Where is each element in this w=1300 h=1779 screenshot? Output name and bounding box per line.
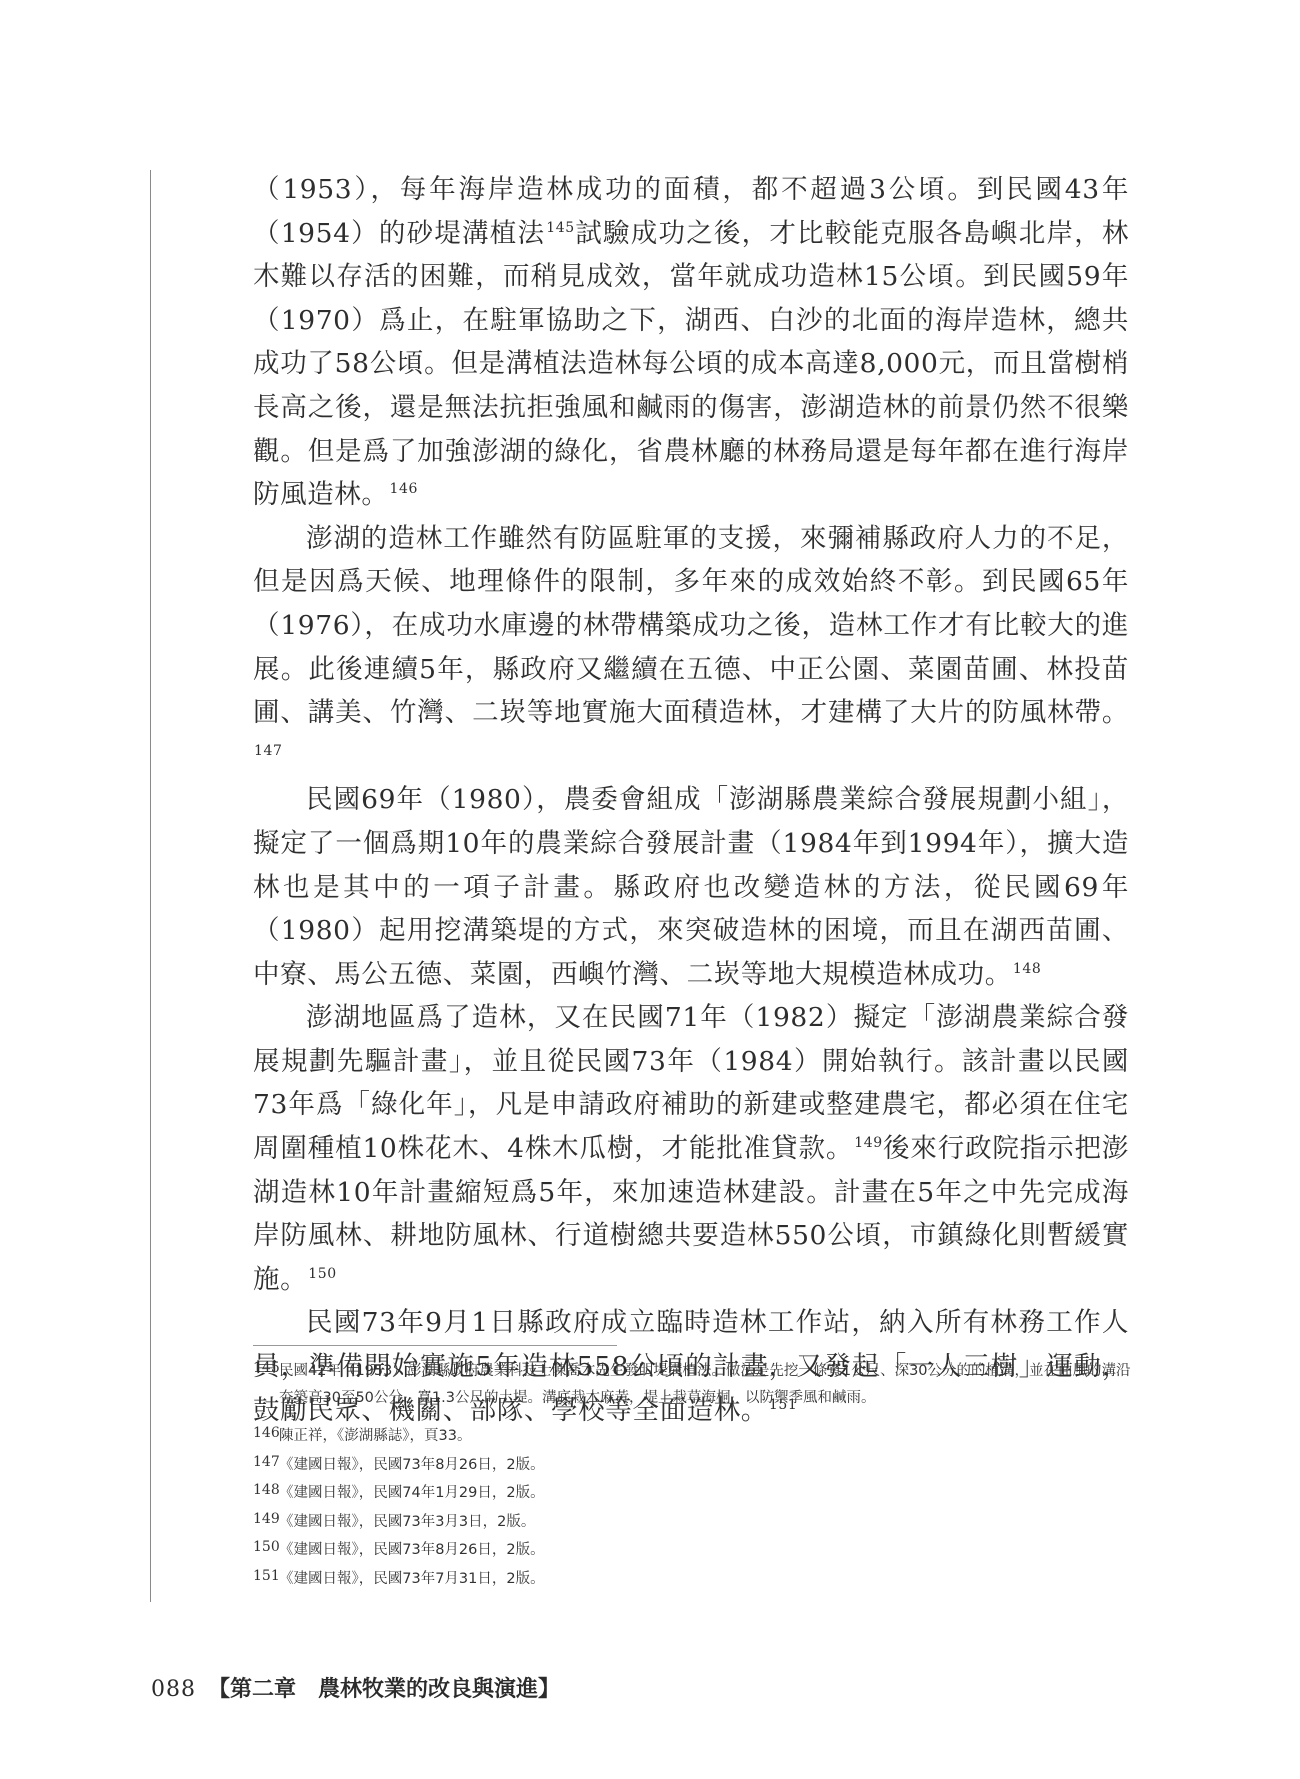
footnote-147: 147《建國日報》，民國73年8月26日，2版。 — [253, 1452, 1133, 1479]
footnote-ref-148[interactable]: 148 — [1013, 961, 1042, 977]
footnote-146: 146陳正祥，《澎湖縣誌》，頁33。 — [253, 1423, 1133, 1450]
footnote-text: 民國42年（1953）澎湖縣政府農業科技士陳喬木先生發明堤溝植法。做法是先挖一條… — [279, 1363, 1131, 1406]
body-text: （1953），每年海岸造林成功的面積，都不超過3公頃。到民國43年（1954）的… — [253, 168, 1129, 1432]
footnote-ref-149[interactable]: 149 — [854, 1135, 883, 1151]
footnote-text: 《建國日報》，民國74年1月29日，2版。 — [279, 1485, 545, 1501]
footnote-separator — [253, 1345, 617, 1346]
page-footer: 088【第二章 農林牧業的改良與演進】 — [151, 1672, 560, 1703]
paragraph-4: 澎湖地區爲了造林，又在民國71年（1982）擬定「澎湖農業綜合發展規劃先驅計畫」… — [253, 996, 1129, 1301]
footnote-number: 147 — [253, 1449, 280, 1476]
footnote-text: 陳正祥，《澎湖縣誌》，頁33。 — [279, 1428, 471, 1444]
footnote-145: 145民國42年（1953）澎湖縣政府農業科技士陳喬木先生發明堤溝植法。做法是先… — [253, 1358, 1133, 1411]
footnote-number: 146 — [253, 1420, 280, 1447]
margin-rule — [150, 170, 151, 1602]
footnotes: 145民國42年（1953）澎湖縣政府農業科技士陳喬木先生發明堤溝植法。做法是先… — [253, 1358, 1133, 1592]
footnote-148: 148《建國日報》，民國74年1月29日，2版。 — [253, 1480, 1133, 1507]
paragraph-1: （1953），每年海岸造林成功的面積，都不超過3公頃。到民國43年（1954）的… — [253, 168, 1129, 517]
page-number: 088 — [151, 1677, 196, 1702]
footnote-ref-145[interactable]: 145 — [546, 220, 575, 236]
footnote-text: 《建國日報》，民國73年8月26日，2版。 — [279, 1542, 545, 1558]
footnote-number: 151 — [253, 1563, 280, 1590]
footnote-ref-150[interactable]: 150 — [308, 1266, 337, 1282]
footnote-text: 《建國日報》，民國73年7月31日，2版。 — [279, 1571, 545, 1587]
footnote-number: 145 — [253, 1355, 280, 1382]
footnote-ref-146[interactable]: 146 — [390, 481, 419, 497]
paragraph-3: 民國69年（1980），農委會組成「澎湖縣農業綜合發展規劃小組」，擬定了一個爲期… — [253, 778, 1129, 996]
footnote-number: 149 — [253, 1506, 280, 1533]
paragraph-2: 澎湖的造林工作雖然有防區駐軍的支援，來彌補縣政府人力的不足，但是因爲天候、地理條… — [253, 517, 1129, 779]
footnote-150: 150《建國日報》，民國73年8月26日，2版。 — [253, 1537, 1133, 1564]
footnote-number: 150 — [253, 1534, 280, 1561]
footnote-149: 149《建國日報》，民國73年3月3日，2版。 — [253, 1509, 1133, 1536]
footnote-text: 《建國日報》，民國73年3月3日，2版。 — [279, 1514, 535, 1530]
footnote-number: 148 — [253, 1477, 280, 1504]
footnote-151: 151《建國日報》，民國73年7月31日，2版。 — [253, 1566, 1133, 1593]
footnote-text: 《建國日報》，民國73年8月26日，2版。 — [279, 1457, 545, 1473]
footnote-ref-147[interactable]: 147 — [254, 743, 283, 759]
chapter-title: 【第二章 農林牧業的改良與演進】 — [208, 1676, 560, 1702]
